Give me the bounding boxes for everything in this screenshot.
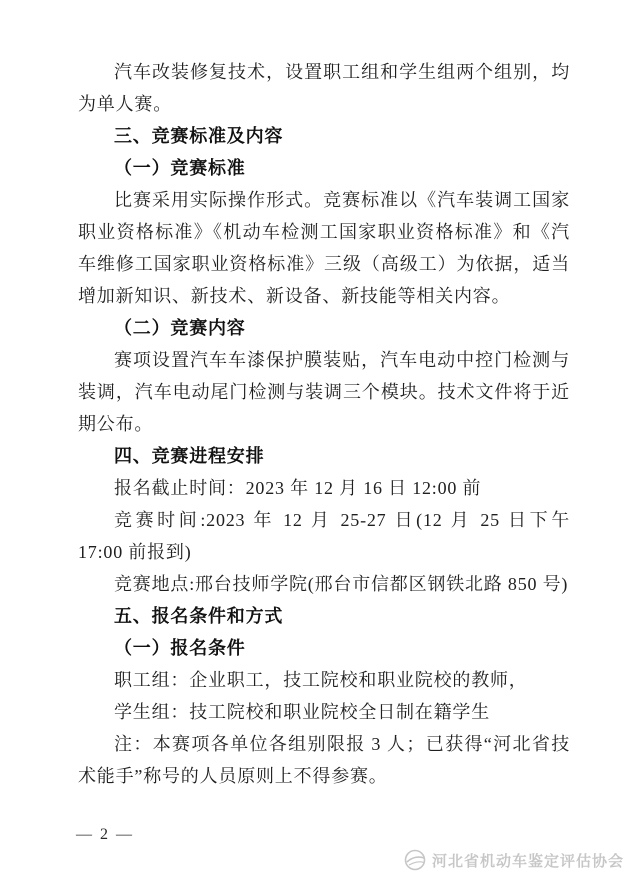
paragraph: 注：本赛项各单位各组别限报 3 人；已获得“河北省技术能手”称号的人员原则上不得…: [78, 728, 570, 792]
section-heading: 四、竞赛进程安排: [78, 440, 570, 472]
watermark: 河北省机动车鉴定评估协会: [404, 849, 624, 871]
paragraph: 赛项设置汽车车漆保护膜装贴，汽车电动中控门检测与装调，汽车电动尾门检测与装调三个…: [78, 344, 570, 440]
watermark-text: 河北省机动车鉴定评估协会: [432, 850, 624, 871]
document-page: 汽车改装修复技术，设置职工组和学生组两个组别，均为单人赛。 三、竞赛标准及内容 …: [0, 0, 637, 891]
paragraph: 比赛采用实际操作形式。竞赛标准以《汽车装调工国家职业资格标准》《机动车检测工国家…: [78, 184, 570, 312]
subsection-heading: （一）报名条件: [78, 632, 570, 664]
association-logo-icon: [404, 849, 426, 871]
paragraph: 竞赛地点:邢台技师学院(邢台市信都区钢铁北路 850 号): [78, 568, 570, 600]
document-body: 汽车改装修复技术，设置职工组和学生组两个组别，均为单人赛。 三、竞赛标准及内容 …: [78, 56, 570, 792]
subsection-heading: （二）竞赛内容: [78, 312, 570, 344]
paragraph: 报名截止时间：2023 年 12 月 16 日 12:00 前: [78, 472, 570, 504]
paragraph: 职工组：企业职工，技工院校和职业院校的教师，: [78, 664, 570, 696]
paragraph: 学生组：技工院校和职业院校全日制在籍学生: [78, 696, 570, 728]
subsection-heading: （一）竞赛标准: [78, 152, 570, 184]
section-heading: 五、报名条件和方式: [78, 600, 570, 632]
paragraph: 竞赛时间:2023 年 12 月 25-27 日(12 月 25 日下午 17:…: [78, 504, 570, 568]
page-number: — 2 —: [76, 826, 134, 844]
paragraph: 汽车改装修复技术，设置职工组和学生组两个组别，均为单人赛。: [78, 56, 570, 120]
section-heading: 三、竞赛标准及内容: [78, 120, 570, 152]
